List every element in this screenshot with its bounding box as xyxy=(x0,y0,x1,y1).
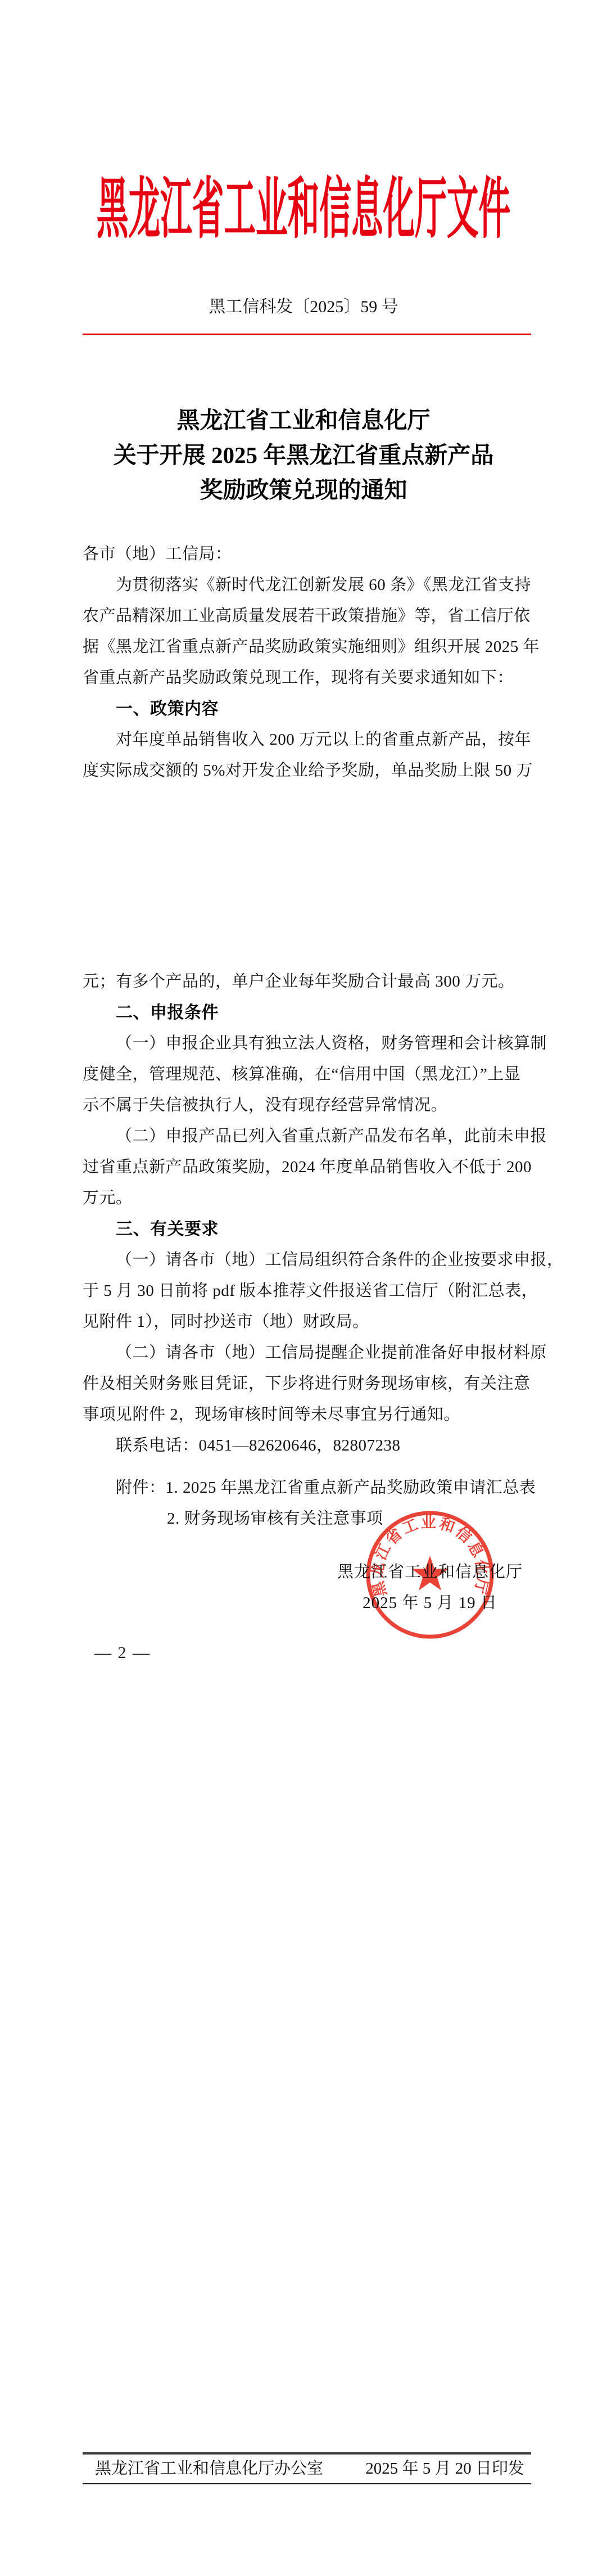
document-page: 黑龙江省工业和信息化厅文件 黑工信科发〔2025〕59 号 黑龙江省工业和信息化… xyxy=(0,0,607,2576)
body-line: 联系电话：0451—82620646，82807238 xyxy=(83,1430,532,1461)
body-line: （一）请各市（地）工信局组织符合条件的企业按要求申报， xyxy=(83,1245,532,1276)
signature-date: 2025 年 5 月 19 日 xyxy=(315,1588,545,1619)
body-line: 于 5 月 30 日前将 pdf 版本推荐文件报送省工信厅（附汇总表， xyxy=(83,1276,532,1307)
body-line: （一）申报企业具有独立法人资格，财务管理和会计核算制 xyxy=(83,1028,532,1059)
page-number: — 2 — xyxy=(94,1640,151,1666)
body-line: 一、政策内容 xyxy=(83,693,532,724)
document-title-line: 奖励政策兑现的通知 xyxy=(0,472,607,507)
footer-rule-top xyxy=(83,2452,531,2455)
document-title: 黑龙江省工业和信息化厅 关于开展 2025 年黑龙江省重点新产品 奖励政策兑现的… xyxy=(0,403,607,507)
body-line: （二）申报产品已列入省重点新产品发布名单，此前未申报 xyxy=(83,1121,532,1152)
footer-rule-bottom xyxy=(83,2483,531,2484)
agency-banner-wrap: 黑龙江省工业和信息化厅文件 xyxy=(0,173,607,246)
body-line: 万元。 xyxy=(83,1183,532,1214)
body-line: 为贯彻落实《新时代龙江创新发展 60 条》《黑龙江省支持 xyxy=(83,570,532,601)
signature-block: 黑龙江省工业和信息化厅 2025 年 5 月 19 日 xyxy=(315,1557,545,1619)
body-text-page2: 元；有多个产品的，单户企业每年奖励合计最高 300 万元。二、申报条件（一）申报… xyxy=(83,966,532,1534)
body-line: 元；有多个产品的，单户企业每年奖励合计最高 300 万元。 xyxy=(83,966,532,997)
signature-agency: 黑龙江省工业和信息化厅 xyxy=(315,1557,545,1588)
red-divider-rule xyxy=(83,334,531,335)
body-line: 据《黑龙江省重点新产品奖励政策实施细则》组织开展 2025 年 xyxy=(83,632,532,663)
body-line: （二）请各市（地）工信局提醒企业提前准备好申报材料原 xyxy=(83,1337,532,1368)
body-line: 事项见附件 2，现场审核时间等未尽事宜另行通知。 xyxy=(83,1399,532,1430)
body-line: 各市（地）工信局： xyxy=(83,539,532,570)
body-line: 过省重点新产品政策奖励，2024 年度单品销售收入不低于 200 xyxy=(83,1152,532,1183)
body-line: 度实际成交额的 5%对开发企业给予奖励，单品奖励上限 50 万 xyxy=(83,755,532,786)
body-line: 附件：1. 2025 年黑龙江省重点新产品奖励政策申请汇总表 xyxy=(83,1472,532,1503)
body-line: 件及相关财务账目凭证，下步将进行财务现场审核，有关注意 xyxy=(83,1368,532,1399)
document-title-line: 黑龙江省工业和信息化厅 xyxy=(0,403,607,438)
body-line: 二、申报条件 xyxy=(83,997,532,1028)
footer-print-date: 2025 年 5 月 20 日印发 xyxy=(365,2456,531,2482)
body-line: 农产品精深加工业高质量发展若干政策措施》等，省工信厅依 xyxy=(83,601,532,632)
footer-issuing-office: 黑龙江省工业和信息化厅办公室 xyxy=(83,2456,323,2482)
body-line: 度健全，管理规范、核算准确，在“信用中国（黑龙江）”上显 xyxy=(83,1059,532,1090)
document-title-line: 关于开展 2025 年黑龙江省重点新产品 xyxy=(0,438,607,472)
body-line: 对年度单品销售收入 200 万元以上的省重点新产品，按年 xyxy=(83,724,532,755)
body-text-page1: 各市（地）工信局：为贯彻落实《新时代龙江创新发展 60 条》《黑龙江省支持农产品… xyxy=(83,539,532,786)
footer-row: 黑龙江省工业和信息化厅办公室 2025 年 5 月 20 日印发 xyxy=(83,2456,531,2482)
body-line: 三、有关要求 xyxy=(83,1214,532,1245)
body-line: 见附件 1），同时抄送市（地）财政局。 xyxy=(83,1307,532,1337)
body-line: 示不属于失信被执行人，没有现存经营异常情况。 xyxy=(83,1090,532,1121)
body-line: 省重点新产品奖励政策兑现工作，现将有关要求通知如下： xyxy=(83,663,532,693)
agency-banner: 黑龙江省工业和信息化厅文件 xyxy=(97,173,510,246)
document-number: 黑工信科发〔2025〕59 号 xyxy=(0,295,607,319)
body-line: 2. 财务现场审核有关注意事项 xyxy=(83,1503,532,1534)
